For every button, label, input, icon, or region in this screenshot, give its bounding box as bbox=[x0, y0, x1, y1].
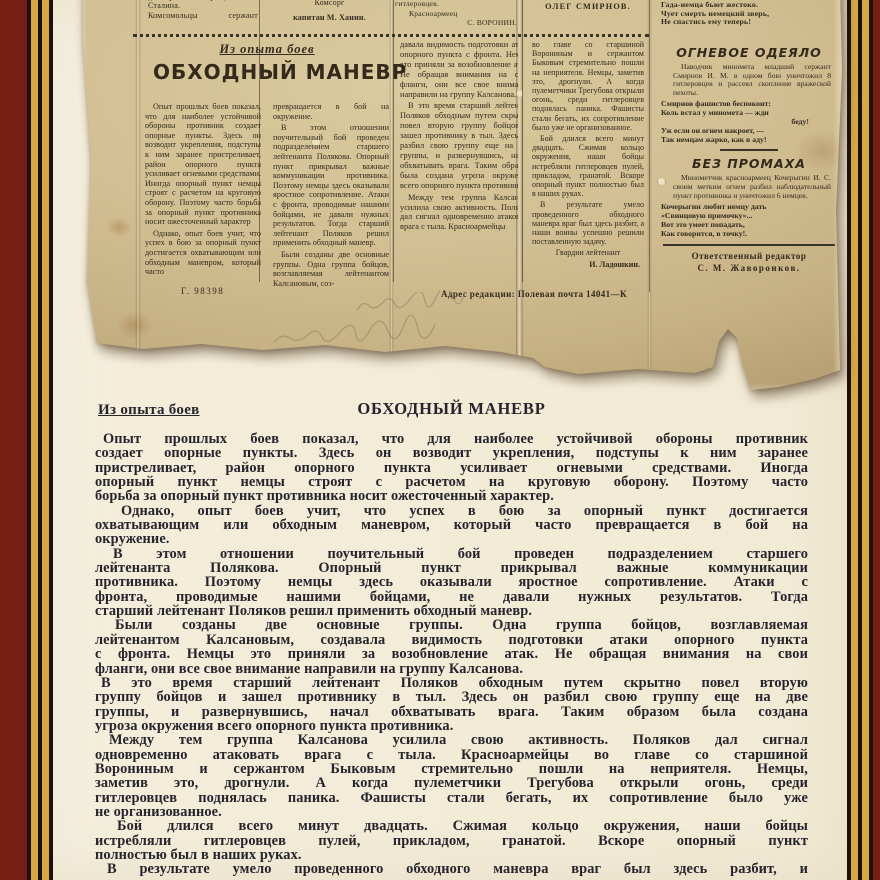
transcription-line: В это время старший лейтенант Поляков об… bbox=[95, 676, 808, 690]
article-paragraph: давала видимость подготовки атаки опорно… bbox=[400, 40, 518, 99]
fold-crease bbox=[135, 0, 141, 377]
article-header: Из опыта боев ОБХОДНЫЙ МАНЕВР bbox=[153, 42, 381, 84]
verse: Кочерыгин любит немцу дать «Свинцовую пр… bbox=[661, 203, 837, 238]
right-column: ОГНЕВОЕ ОДЕЯЛО Наводчик миномета младший… bbox=[661, 0, 837, 274]
article-paragraph: превращается в бой на окружение. bbox=[273, 102, 389, 121]
top-fragment-1: да и приказа товарища Сталина. Комсомоль… bbox=[148, 0, 258, 20]
clipped-column-text: давала видимость подготовки атаки опорно… bbox=[400, 40, 518, 232]
column-separator bbox=[649, 0, 650, 292]
fragment-line: С. ВОРОНИН. bbox=[395, 18, 517, 27]
transcription-line: с фронта. Немцы это приняли за возобновл… bbox=[95, 647, 808, 661]
top-fragment-4: ОЛЕГ СМИРНОВ. bbox=[532, 2, 644, 11]
article-column-2: превращается в бой на окружение. В этом … bbox=[273, 102, 389, 290]
section-text: Минометчик красноармеец Кочерыгин И. С. … bbox=[673, 174, 831, 200]
transcription-line: Были созданы две основные группы. Одна г… bbox=[95, 618, 808, 632]
article-paragraph: Опыт прошлых боев показал, что для наибо… bbox=[145, 102, 261, 227]
verse-line: Так немцам жарко, как в аду! bbox=[661, 136, 837, 145]
transcription-header: Из опыта боев ОБХОДНЫЙ МАНЕВР bbox=[95, 398, 808, 422]
top-fragment-2: Комсорг капитан М. Ханин. bbox=[272, 0, 387, 23]
transcription-kicker: Из опыта боев bbox=[98, 400, 200, 420]
top-fragment-3: расти до полного разгрома гитлеровцев. К… bbox=[395, 0, 517, 28]
transcription-line: охватывающим или обходным маневром, кото… bbox=[95, 518, 808, 532]
transcription-line: истребляли гитлеровцев пулей, прикладом,… bbox=[95, 834, 808, 848]
transcription-line: фронта, проводимые нашими бойцами, не да… bbox=[95, 590, 808, 604]
transcription-line: окружение. bbox=[95, 532, 808, 546]
section-divider bbox=[720, 149, 778, 151]
transcription-line: В результате умело проведенного обходног… bbox=[95, 862, 808, 876]
transcription-line: старший лейтенант Поляков решил применит… bbox=[95, 604, 808, 618]
transcription-line: опорный пункт немцы строят с расчетом на… bbox=[95, 475, 808, 489]
column-separator bbox=[393, 0, 394, 282]
transcription-line: Между тем группа Калсанова усилила свою … bbox=[95, 733, 808, 747]
transcription-line: группу бойцов и зашел противнику в тыл. … bbox=[95, 690, 808, 704]
article-paragraph: Были созданы две основные группы. Одна г… bbox=[273, 250, 389, 288]
verse: Смирнов фашистов беспокоит: Коль встал у… bbox=[661, 100, 837, 144]
transcription-line: борьба за опорный пункт противника носит… bbox=[95, 489, 808, 503]
guards-ribbon-left bbox=[27, 0, 53, 880]
verse-line: Как говорится, в точку!. bbox=[661, 230, 837, 239]
byline: ОЛЕГ СМИРНОВ. bbox=[532, 2, 644, 11]
section-text: Наводчик миномета младший сержант Смирно… bbox=[673, 63, 831, 97]
editor-rule bbox=[663, 244, 835, 246]
transcription-line: не организованное. bbox=[95, 805, 808, 819]
transcription-line: Однако, опыт боев учит, что успех в бою … bbox=[95, 504, 808, 518]
article-paragraph: В результате умело проведенного обходног… bbox=[532, 200, 644, 246]
article-paragraph: во главе со старшиной Ворониным и сержан… bbox=[532, 40, 644, 132]
fragment-line: Сталина. bbox=[148, 1, 258, 10]
fragment-line: Красноармеец bbox=[395, 9, 517, 18]
page: { "colors": { "background": "#771f14", "… bbox=[0, 0, 880, 880]
article-column-1: Опыт прошлых боев показал, что для наибо… bbox=[145, 102, 261, 279]
article-kicker: Из опыта боев bbox=[153, 42, 381, 57]
article-paragraph: Однако, опыт боев учит, что успех в бою … bbox=[145, 229, 261, 277]
transcription-line: лейтенанта Полякова. Опорный пункт прикр… bbox=[95, 561, 808, 575]
issue-number: Г. 98398 bbox=[181, 286, 224, 296]
transcription-line: В этом отношении поучительный бой провед… bbox=[95, 547, 808, 561]
transcription-line: противника. Поэтому немцы здесь оказывал… bbox=[95, 575, 808, 589]
transcription-line: создает опорные пункты. Здесь он возводи… bbox=[95, 446, 808, 460]
album-page: да и приказа товарища Сталина. Комсомоль… bbox=[53, 0, 847, 880]
article-column-4: во главе со старшиной Ворониным и сержан… bbox=[532, 40, 644, 271]
article-column-3: давала видимость подготовки атаки опорно… bbox=[400, 40, 518, 234]
transcription-line: группы, и развернувшись, начал обхватыва… bbox=[95, 705, 808, 719]
transcription-line: гитлеровцев поднялась паника. Фашисты ст… bbox=[95, 791, 808, 805]
signature-rank: Гвардии лейтенант bbox=[532, 248, 644, 257]
newspaper-paper: да и приказа товарища Сталина. Комсомоль… bbox=[73, 0, 845, 397]
column-separator bbox=[522, 0, 523, 282]
newspaper-clipping: да и приказа товарища Сталина. Комсомоль… bbox=[73, 0, 845, 397]
fragment-line: Комсомольцы bbox=[148, 11, 198, 20]
transcription-line: угроза окружения всего опорного пункта п… bbox=[95, 719, 808, 733]
transcription-title: ОБХОДНЫЙ МАНЕВР bbox=[95, 398, 808, 420]
fragment-line: сержант bbox=[229, 11, 258, 20]
transcription-line: полностью был в наших руках. bbox=[95, 848, 808, 862]
transcription-line: заметив это, дрогнули. А когда пулеметчи… bbox=[95, 776, 808, 790]
article-paragraph: В это время старший лейтенант Поляков об… bbox=[400, 101, 518, 190]
guards-ribbon-right bbox=[847, 0, 873, 880]
transcription-body: Опыт прошлых боев показал, что для наибо… bbox=[95, 432, 808, 877]
transcription-line: Ворониным и сержантом Быковым стремитель… bbox=[95, 762, 808, 776]
fragment-line: Комсорг bbox=[272, 0, 387, 7]
article-headline: ОБХОДНЫЙ МАНЕВР bbox=[153, 60, 381, 84]
article-paragraph: Между тем группа Калсанова усилила свою … bbox=[400, 193, 518, 233]
editor-label: Ответственный редактор bbox=[661, 251, 837, 262]
transcription-line: Бой длился всего минут двадцать. Сжимая … bbox=[95, 819, 808, 833]
signature-name: И. Ладошкин. bbox=[532, 260, 644, 269]
verse-line: Коль встал у миномета — жди bbox=[661, 109, 837, 118]
transcription-line: одновременно атаковать врага с тыла. Кра… bbox=[95, 748, 808, 762]
fragment-line: капитан М. Ханин. bbox=[272, 13, 387, 22]
transcription: Из опыта боев ОБХОДНЫЙ МАНЕВР Опыт прошл… bbox=[95, 398, 808, 877]
transcription-line: Опыт прошлых боев показал, что для наибо… bbox=[95, 432, 808, 446]
article-paragraph: В этом отношении поучительный бой провед… bbox=[273, 123, 389, 248]
transcription-line: лейтенантом Калсановым, создавала видимо… bbox=[95, 633, 808, 647]
section-title: ОГНЕВОЕ ОДЕЯЛО bbox=[661, 45, 837, 60]
fragment-line: гитлеровцев. bbox=[395, 0, 517, 9]
dotted-rule bbox=[133, 34, 649, 37]
transcription-line: фланги, они все свое внимание направили … bbox=[95, 662, 808, 676]
article-paragraph: Бой длился всего минут двадцать. Сжимая … bbox=[532, 134, 644, 198]
section-title: БЕЗ ПРОМАХА bbox=[661, 156, 837, 171]
transcription-line: пристреливает, район опорного пункта уси… bbox=[95, 461, 808, 475]
